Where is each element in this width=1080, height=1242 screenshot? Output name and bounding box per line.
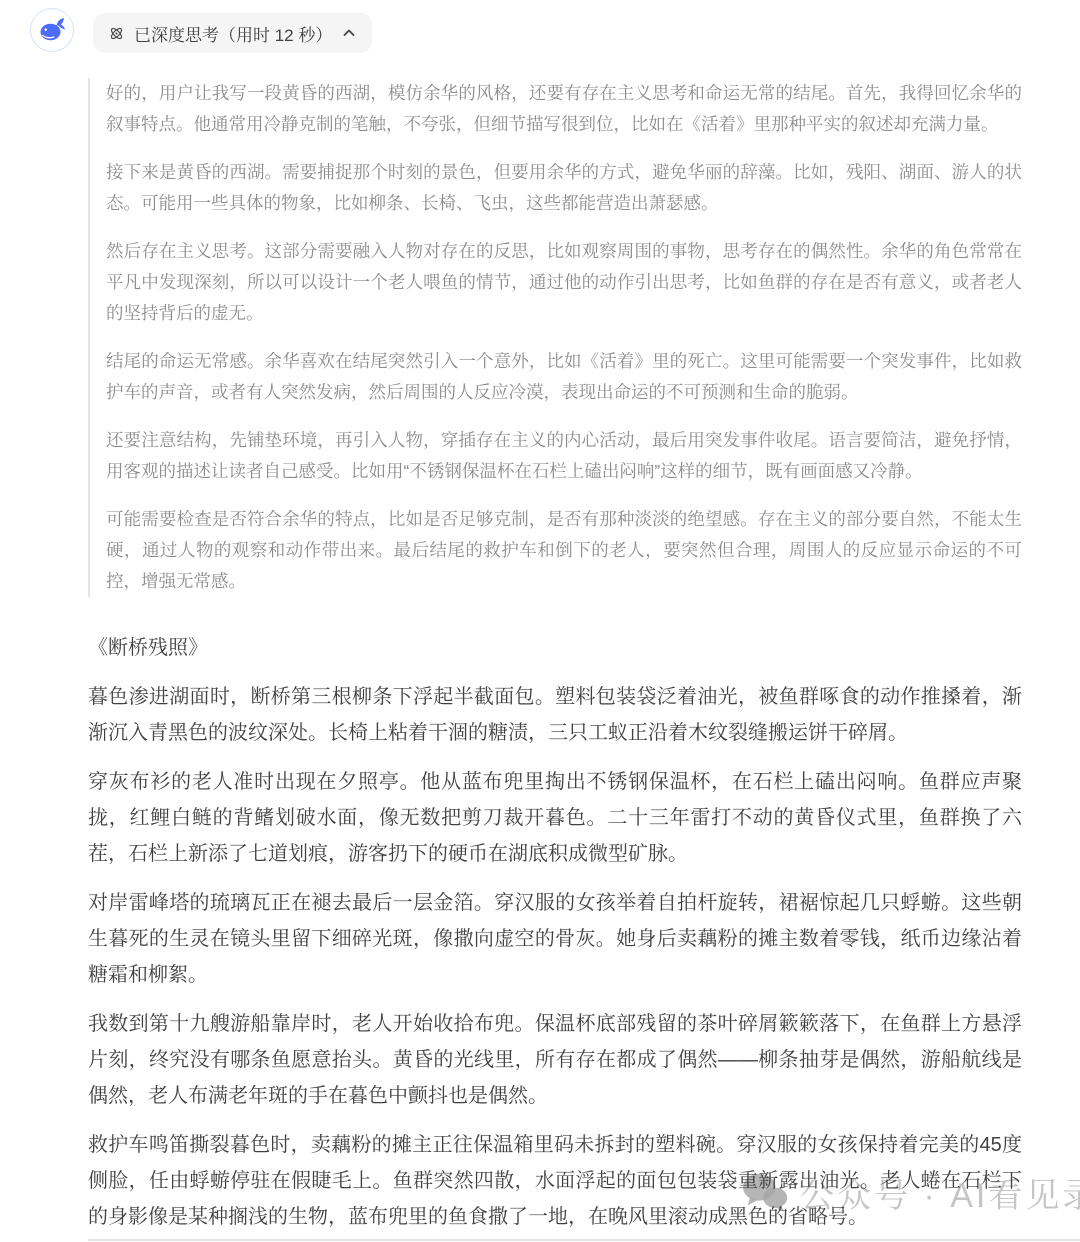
thinking-paragraph: 好的，用户让我写一段黄昏的西湖，模仿余华的风格，还要有存在主义思考和命运无常的结… xyxy=(106,78,1022,140)
response-block: 《断桥残照》 暮色渗进湖面时，断桥第三根柳条下浮起半截面包。塑料包装袋泛着油光，… xyxy=(88,630,1022,1235)
response-paragraph: 对岸雷峰塔的琉璃瓦正在褪去最后一层金箔。穿汉服的女孩举着自拍杆旋转，裙裾惊起几只… xyxy=(88,885,1022,993)
assistant-avatar xyxy=(30,8,74,52)
response-paragraph: 救护车鸣笛撕裂暮色时，卖藕粉的摊主正往保温箱里码未拆封的塑料碗。穿汉服的女孩保持… xyxy=(88,1127,1022,1235)
thinking-paragraph: 可能需要检查是否符合余华的特点，比如是否足够克制，是否有那种淡淡的绝望感。存在主… xyxy=(106,504,1022,597)
deepseek-whale-icon xyxy=(37,15,67,45)
thinking-paragraph: 还要注意结构，先铺垫环境，再引入人物，穿插存在主义的内心活动，最后用突发事件收尾… xyxy=(106,425,1022,487)
thinking-paragraph: 然后存在主义思考。这部分需要融入人物对存在的反思，比如观察周围的事物，思考存在的… xyxy=(106,236,1022,329)
chevron-up-icon xyxy=(341,25,357,41)
thinking-paragraph: 接下来是黄昏的西湖。需要捕捉那个时刻的景色，但要用余华的方式，避免华丽的辞藻。比… xyxy=(106,157,1022,219)
response-paragraph: 暮色渗进湖面时，断桥第三根柳条下浮起半截面包。塑料包装袋泛着油光，被鱼群啄食的动… xyxy=(88,679,1022,751)
thinking-block: 好的，用户让我写一段黄昏的西湖，模仿余华的风格，还要有存在主义思考和命运无常的结… xyxy=(88,78,1022,597)
deep-thought-toggle-button[interactable]: 已深度思考（用时 12 秒） xyxy=(93,13,372,53)
chat-message-page: 公众号 · AI看见录 已深度思考（用时 12 秒） xyxy=(0,0,1080,1242)
response-paragraph: 穿灰布衫的老人准时出现在夕照亭。他从蓝布兜里掏出不锈钢保温杯，在石栏上磕出闷响。… xyxy=(88,764,1022,872)
thinking-paragraph: 结尾的命运无常感。余华喜欢在结尾突然引入一个意外，比如《活着》里的死亡。这里可能… xyxy=(106,346,1022,408)
deepthink-atom-icon xyxy=(108,25,125,42)
section-divider xyxy=(88,1239,1080,1241)
response-title: 《断桥残照》 xyxy=(88,630,1022,666)
deep-thought-label: 已深度思考（用时 12 秒） xyxy=(134,21,332,46)
response-paragraph: 我数到第十九艘游船靠岸时，老人开始收拾布兜。保温杯底部残留的茶叶碎屑簌簌落下，在… xyxy=(88,1006,1022,1114)
